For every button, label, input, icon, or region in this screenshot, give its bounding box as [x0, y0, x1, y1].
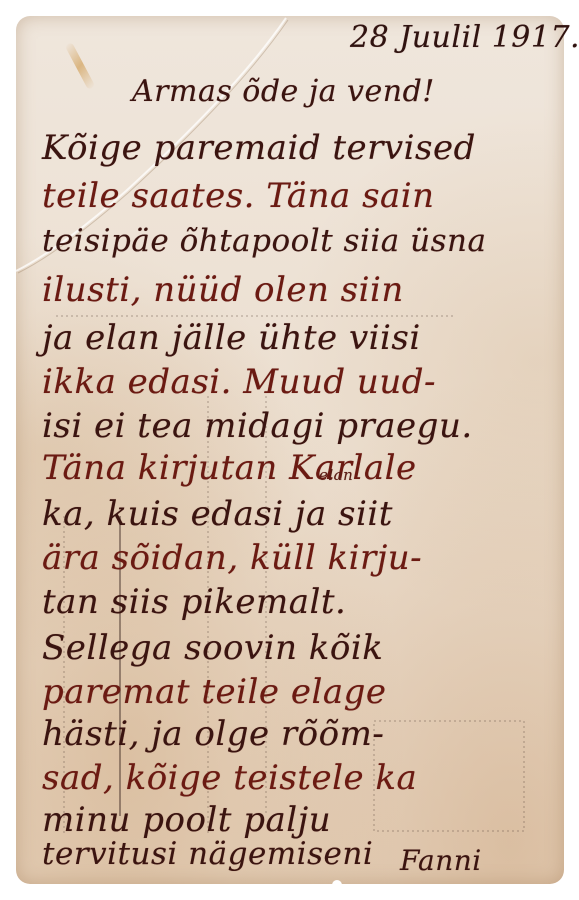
letter-greeting: Armas õde ja vend!: [132, 74, 435, 109]
letter-line: minu poolt palju: [42, 800, 331, 840]
letter-line: teile saates. Täna sain: [42, 176, 435, 216]
letter-line: sad, kõige teistele ka: [42, 758, 417, 798]
letter-line: paremat teile elage: [42, 672, 387, 712]
letter-line: ja elan jälle ühte viisi: [42, 318, 421, 358]
letter-line: hästi, ja olge rõõm-: [42, 714, 384, 754]
letter-signature: Fanni: [400, 844, 482, 877]
letter-date: 28 Juulil 1917.: [350, 20, 579, 55]
card-edge-notch: [332, 880, 342, 888]
letter-line: tervitusi nägemiseni: [42, 836, 373, 872]
letter-line: ära sõidan, küll kirju-: [42, 538, 422, 578]
letter-line: Kõige paremaid tervised: [42, 128, 476, 168]
letter-line: Täna kirjutan Karlale: [42, 448, 417, 488]
letter-line: ilusti, nüüd olen siin: [42, 270, 404, 310]
letter-line: Sellega soovin kõik: [42, 628, 383, 668]
letter-line: isi ei tea midagi praegu.: [42, 406, 473, 446]
inserted-word: elan: [319, 466, 353, 484]
paper-stain: [65, 42, 96, 90]
letter-line: tan siis pikemalt.: [42, 582, 346, 622]
letter-line: teisipäe õhtapoolt siia üsna: [42, 223, 486, 259]
letter-line: ka, kuis edasi ja siit: [42, 494, 393, 534]
letter-line: ikka edasi. Muud uud-: [42, 362, 436, 402]
postcard: 28 Juulil 1917. Armas õde ja vend! Kõige…: [16, 16, 564, 884]
